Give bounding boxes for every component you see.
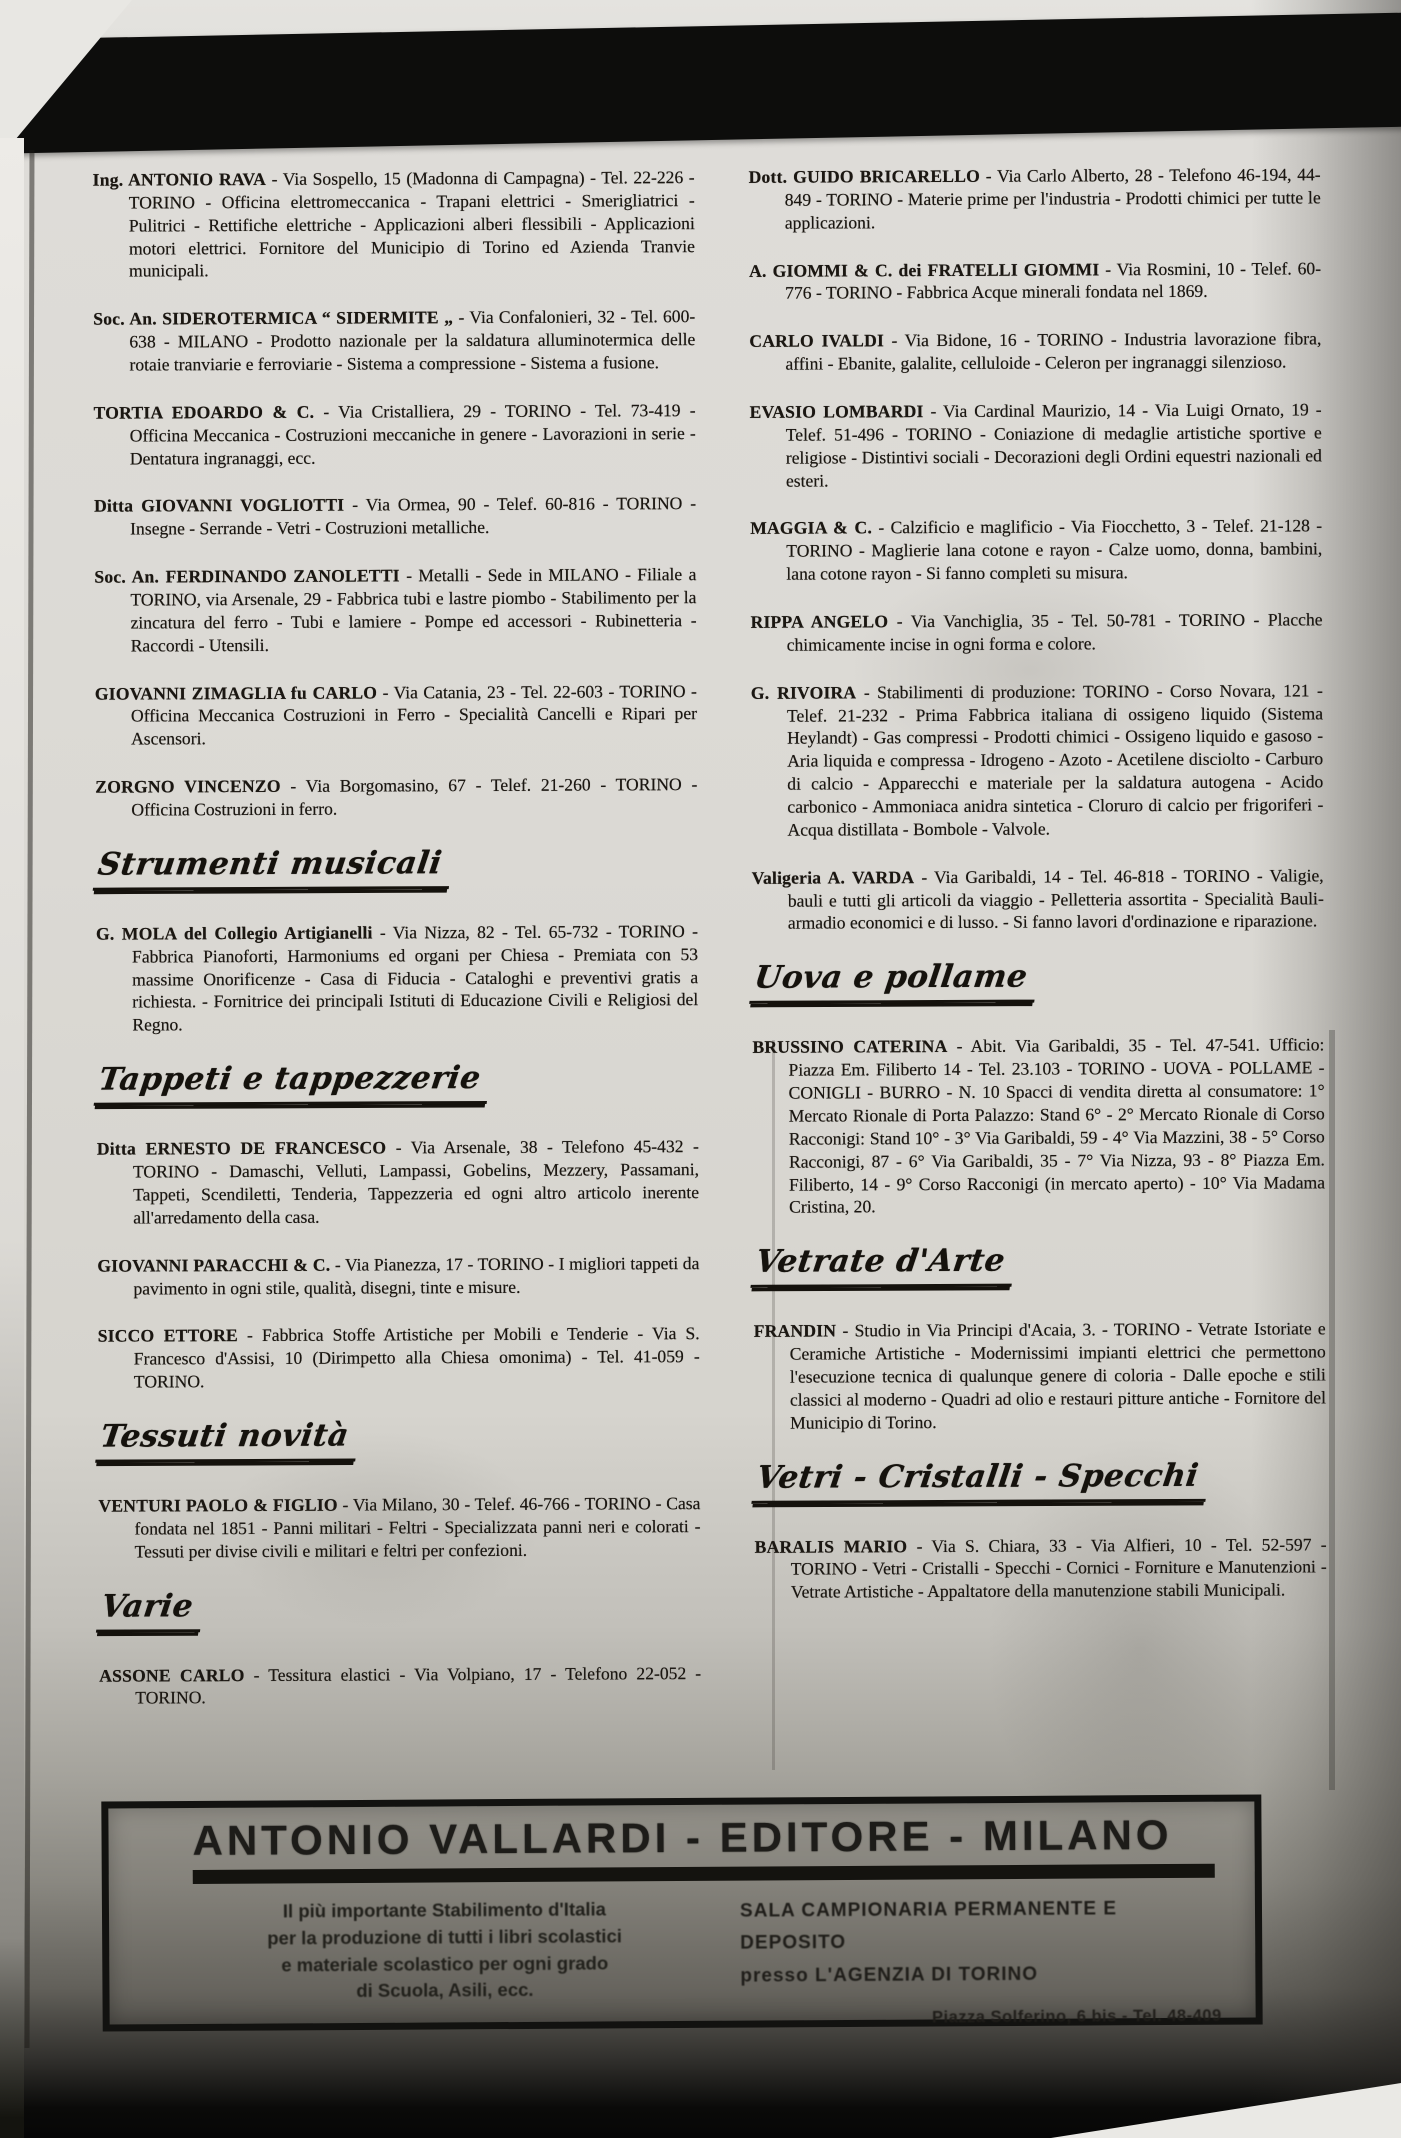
- directory-entry: FRANDIN - Studio in Via Principi d'Acaia…: [754, 1318, 1326, 1435]
- section-heading-wrap: Vetrate d'Arte: [753, 1242, 1325, 1320]
- directory-entry: G. RIVOIRA - Stabilimenti di produzione:…: [751, 679, 1324, 842]
- entry-name: Valigeria A. VARDA: [752, 867, 915, 888]
- section-heading-wrap: Tessuti novità: [98, 1416, 700, 1495]
- ad-right-lines: SALA CAMPIONARIA PERMANENTE E DEPOSITOpr…: [740, 1893, 1222, 1993]
- entry-name: A. GIOMMI & C. dei FRATELLI GIOMMI: [749, 259, 1099, 281]
- directory-entry: Dott. GUIDO BRICARELLO - Via Carlo Alber…: [749, 163, 1321, 234]
- section-heading: Varie: [96, 1588, 206, 1632]
- ad-left-line: per la produzione di tutti i libri scola…: [219, 1923, 670, 1953]
- left-page-edge: [0, 138, 24, 2138]
- directory-entry: EVASIO LOMBARDI - Via Cardinal Maurizio,…: [750, 398, 1322, 492]
- directory-entry: Soc. An. FERDINANDO ZANOLETTI - Metalli …: [94, 563, 696, 657]
- section-heading: Vetrate d'Arte: [750, 1243, 1017, 1288]
- section-heading-wrap: Varie: [99, 1586, 701, 1665]
- directory-entry: SICCO ETTORE - Fabbrica Stoffe Artistich…: [98, 1322, 700, 1393]
- entry-name: BRUSSINO CATERINA: [752, 1036, 947, 1057]
- entry-name: Soc. An. FERDINANDO ZANOLETTI: [94, 566, 400, 587]
- entry-name: SICCO ETTORE: [98, 1325, 238, 1346]
- entry-details: - Abit. Via Garibaldi, 35 - Tel. 47-541.…: [788, 1035, 1325, 1217]
- directory-entry: Valigeria A. VARDA - Via Garibaldi, 14 -…: [752, 864, 1324, 935]
- entry-name: GIOVANNI ZIMAGLIA fu CARLO: [95, 682, 377, 703]
- right-column: Dott. GUIDO BRICARELLO - Via Carlo Alber…: [749, 163, 1328, 1732]
- ad-title-underline-bar: [193, 1864, 1215, 1884]
- ad-left-line: e materiale scolastico per ogni grado: [219, 1950, 670, 1980]
- directory-entry: RIPPA ANGELO - Via Vanchiglia, 35 - Tel.…: [751, 608, 1323, 656]
- directory-entry: BRUSSINO CATERINA - Abit. Via Garibaldi,…: [752, 1034, 1325, 1219]
- ad-right-text-block: SALA CAMPIONARIA PERMANENTE E DEPOSITOpr…: [740, 1893, 1222, 2033]
- section-heading-wrap: Tappeti e tappezzerie: [96, 1059, 698, 1138]
- ad-right-line: SALA CAMPIONARIA PERMANENTE E DEPOSITO: [740, 1893, 1221, 1961]
- directory-entry: VENTURI PAOLO & FIGLIO - Via Milano, 30 …: [98, 1492, 700, 1563]
- entry-name: VENTURI PAOLO & FIGLIO: [98, 1495, 337, 1516]
- entry-name: Dott. GUIDO BRICARELLO: [749, 166, 980, 187]
- left-column: Ing. ANTONIO RAVA - Via Sospello, 15 (Ma…: [93, 166, 702, 1735]
- entry-name: TORTIA EDOARDO & C.: [94, 402, 315, 423]
- section-heading: Tappeti e tappezzerie: [94, 1060, 493, 1106]
- section-heading: Strumenti musicali: [93, 845, 455, 891]
- entry-name: Ditta GIOVANNI VOGLIOTTI: [94, 495, 344, 516]
- ad-right-line: presso L'AGENZIA DI TORINO: [740, 1957, 1221, 1992]
- entry-name: GIOVANNI PARACCHI & C.: [97, 1254, 330, 1275]
- vallardi-advertisement: ANTONIO VALLARDI - EDITORE - MILANO Il p…: [101, 1794, 1262, 2031]
- directory-entry: TORTIA EDOARDO & C. - Via Cristalliera, …: [94, 399, 696, 470]
- two-column-layout: Ing. ANTONIO RAVA - Via Sospello, 15 (Ma…: [93, 163, 1328, 1735]
- ad-left-line: Il più importante Stabilimento d'Italia: [219, 1896, 670, 1926]
- ad-left-line: di Scuola, Asili, ecc.: [219, 1977, 670, 2007]
- section-heading-wrap: Uova e pollame: [752, 958, 1324, 1036]
- entry-name: G. MOLA del Collegio Artigianelli: [96, 922, 373, 943]
- section-heading: Tessuti novità: [95, 1417, 361, 1462]
- section-heading-wrap: Vetri - Cristalli - Specchi: [754, 1457, 1326, 1535]
- ad-title: ANTONIO VALLARDI - EDITORE - MILANO: [192, 1811, 1230, 1865]
- entry-name: ZORGNO VINCENZO: [95, 776, 281, 797]
- section-heading: Vetri - Cristalli - Specchi: [751, 1457, 1211, 1503]
- directory-entry: A. GIOMMI & C. dei FRATELLI GIOMMI - Via…: [749, 257, 1321, 305]
- directory-entry: ASSONE CARLO - Tessitura elastici - Via …: [99, 1662, 701, 1710]
- entry-name: BARALIS MARIO: [755, 1536, 908, 1557]
- ad-address-line: Piazza Solferino, 6 bis - Tel. 48-409: [741, 2002, 1222, 2033]
- entry-name: G. RIVOIRA: [751, 682, 857, 702]
- directory-entry: GIOVANNI PARACCHI & C. - Via Pianezza, 1…: [97, 1252, 699, 1300]
- entry-name: Ditta ERNESTO DE FRANCESCO: [97, 1138, 386, 1159]
- entry-name: ASSONE CARLO: [99, 1665, 244, 1686]
- entry-name: RIPPA ANGELO: [751, 611, 889, 632]
- entry-name: CARLO IVALDI: [749, 331, 884, 352]
- directory-content: Ing. ANTONIO RAVA - Via Sospello, 15 (Ma…: [93, 163, 1328, 1735]
- directory-entry: ZORGNO VINCENZO - Via Borgomasino, 67 - …: [95, 773, 697, 821]
- directory-entry: CARLO IVALDI - Via Bidone, 16 - TORINO -…: [749, 328, 1321, 376]
- directory-entry: Ditta GIOVANNI VOGLIOTTI - Via Ormea, 90…: [94, 493, 696, 541]
- entry-details: - Studio in Via Principi d'Acaia, 3. - T…: [790, 1319, 1326, 1433]
- ad-body: Il più importante Stabilimento d'Italiap…: [219, 1893, 1222, 2036]
- entry-name: MAGGIA & C.: [750, 518, 872, 539]
- section-heading-wrap: Strumenti musicali: [96, 844, 698, 923]
- directory-entry: Ditta ERNESTO DE FRANCESCO - Via Arsenal…: [97, 1135, 699, 1229]
- directory-entry: MAGGIA & C. - Calzificio e maglificio - …: [750, 515, 1322, 586]
- directory-entry: GIOVANNI ZIMAGLIA fu CARLO - Via Catania…: [95, 680, 697, 751]
- directory-entry: G. MOLA del Collegio Artigianelli - Via …: [96, 920, 698, 1037]
- right-edge-line: [1329, 1030, 1335, 1790]
- entry-name: Ing. ANTONIO RAVA: [93, 169, 267, 190]
- entry-name: Soc. An. SIDEROTERMICA “ SIDERMITE „: [93, 307, 453, 329]
- entry-name: FRANDIN: [754, 1321, 837, 1341]
- directory-entry: Soc. An. SIDEROTERMICA “ SIDERMITE „ - V…: [93, 305, 695, 376]
- ad-left-text-block: Il più importante Stabilimento d'Italiap…: [219, 1896, 671, 2036]
- entry-details: - Stabilimenti di produzione: TORINO - C…: [787, 680, 1323, 839]
- directory-entry: BARALIS MARIO - Via S. Chiara, 33 - Via …: [755, 1533, 1327, 1604]
- entry-name: EVASIO LOMBARDI: [750, 401, 924, 422]
- section-heading: Uova e pollame: [749, 959, 1040, 1004]
- directory-entry: Ing. ANTONIO RAVA - Via Sospello, 15 (Ma…: [93, 166, 695, 283]
